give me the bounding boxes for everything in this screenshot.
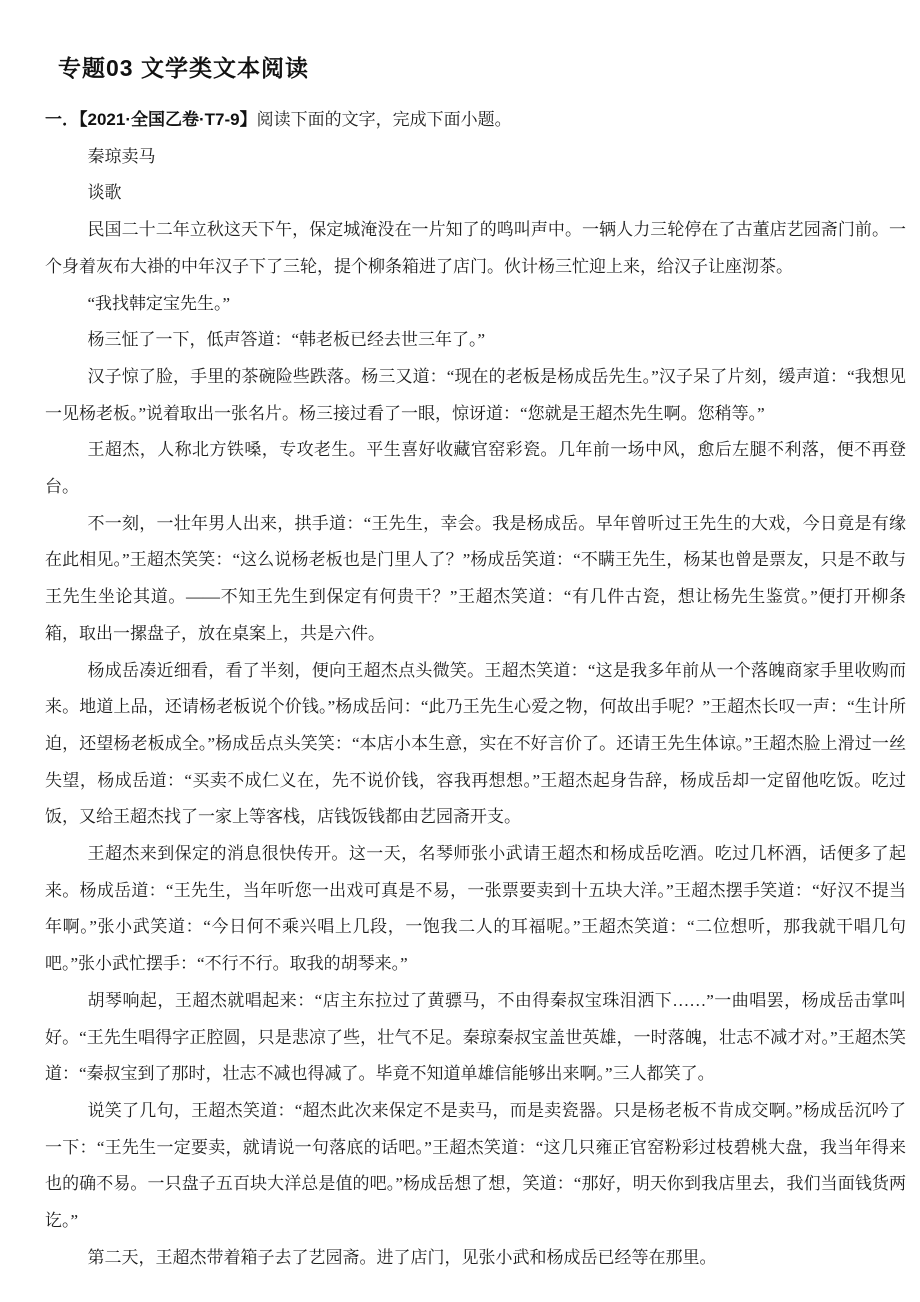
passage-author: 谈歌 [45, 175, 906, 212]
passage-paragraph: 杨三怔了一下，低声答道：“韩老板已经去世三年了。” [45, 322, 906, 359]
question-source-tag: 【2021·全国乙卷·T7-9】 [79, 110, 257, 129]
passage-paragraph: 王超杰来到保定的消息很快传开。这一天，名琴师张小武请王超杰和杨成岳吃酒。吃过几杯… [45, 836, 906, 983]
document-page: 专题03 文学类文本阅读 一．【2021·全国乙卷·T7-9】阅读下面的文字，完… [0, 0, 920, 1302]
passage-paragraph: 第二天，王超杰带着箱子去了艺园斋。进了店门，见张小武和杨成岳已经等在那里。 [45, 1240, 906, 1277]
passage-paragraph: 不一刻，一壮年男人出来，拱手道：“王先生，幸会。我是杨成岳。早年曾听过王先生的大… [45, 506, 906, 653]
document-title: 专题03 文学类文本阅读 [58, 55, 906, 82]
question-instruction: 阅读下面的文字，完成下面小题。 [257, 110, 512, 129]
passage-body: 一．【2021·全国乙卷·T7-9】阅读下面的文字，完成下面小题。 秦琼卖马 谈… [45, 102, 906, 1277]
passage-paragraph: 说笑了几句，王超杰笑道：“超杰此次来保定不是卖马，而是卖瓷器。只是杨老板不肯成交… [45, 1093, 906, 1240]
passage-paragraph: “我找韩定宝先生。” [45, 286, 906, 323]
passage-paragraph: 胡琴响起，王超杰就唱起来：“店主东拉过了黄骠马，不由得秦叔宝珠泪洒下……”一曲唱… [45, 983, 906, 1093]
passage-paragraph: 汉子惊了脸，手里的茶碗险些跌落。杨三又道：“现在的老板是杨成岳先生。”汉子呆了片… [45, 359, 906, 432]
question-number-label: 一． [45, 110, 79, 129]
passage-paragraph: 王超杰，人称北方铁嗓，专攻老生。平生喜好收藏官窑彩瓷。几年前一场中风，愈后左腿不… [45, 432, 906, 505]
passage-paragraph: 民国二十二年立秋这天下午，保定城淹没在一片知了的鸣叫声中。一辆人力三轮停在了古董… [45, 212, 906, 285]
passage-title: 秦琼卖马 [45, 139, 906, 176]
passage-paragraph: 杨成岳凑近细看，看了半刻，便向王超杰点头微笑。王超杰笑道：“这是我多年前从一个落… [45, 653, 906, 837]
question-header: 一．【2021·全国乙卷·T7-9】阅读下面的文字，完成下面小题。 [45, 102, 906, 139]
